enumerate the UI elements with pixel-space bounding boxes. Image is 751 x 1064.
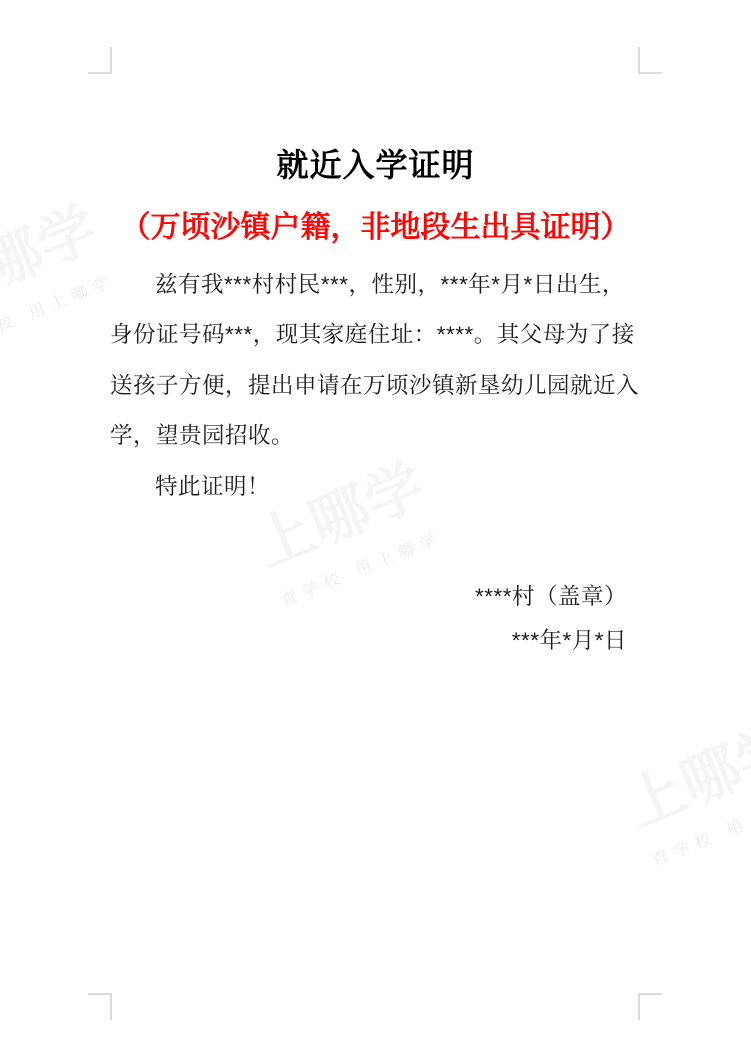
document-page: 上哪学 查学校 用上哪学 上哪学 查学校 用上哪学 上哪学 查学校 用上哪学 就… [0, 0, 751, 1064]
body-line: 兹有我***村村民***，性别，***年*月*日出生， [110, 272, 625, 298]
signature-issuer-line: ****村（盖章） [475, 584, 627, 610]
watermark-bottom-right: 上哪学 查学校 用上哪学 [588, 702, 751, 884]
document-subtitle: （万顷沙镇户籍，非地段生出具证明） [0, 202, 751, 246]
closing-line: 特此证明！ [110, 474, 270, 500]
document-title: 就近入学证明 [0, 140, 751, 186]
watermark-tagline-text: 查学校 用上哪学 [246, 512, 477, 623]
watermark-brand-text: 上哪学 [217, 442, 463, 591]
crop-mark-top-left [88, 47, 112, 74]
watermark-brand-text: 上哪学 [588, 702, 751, 851]
signature-date-line: ***年*月*日 [512, 628, 627, 654]
crop-mark-bottom-left [88, 993, 112, 1020]
body-line: 学，望贵园招收。 [110, 423, 294, 449]
watermark-tagline-text: 查学校 用上哪学 [617, 772, 751, 883]
watermark-center: 上哪学 查学校 用上哪学 [217, 442, 477, 624]
crop-mark-bottom-right [638, 993, 662, 1020]
crop-mark-top-right [638, 47, 662, 74]
body-line: 身份证号码***，现其家庭住址：****。其父母为了接 [110, 322, 635, 348]
body-line: 送孩子方便，提出申请在万顷沙镇新垦幼儿园就近入 [110, 373, 639, 399]
